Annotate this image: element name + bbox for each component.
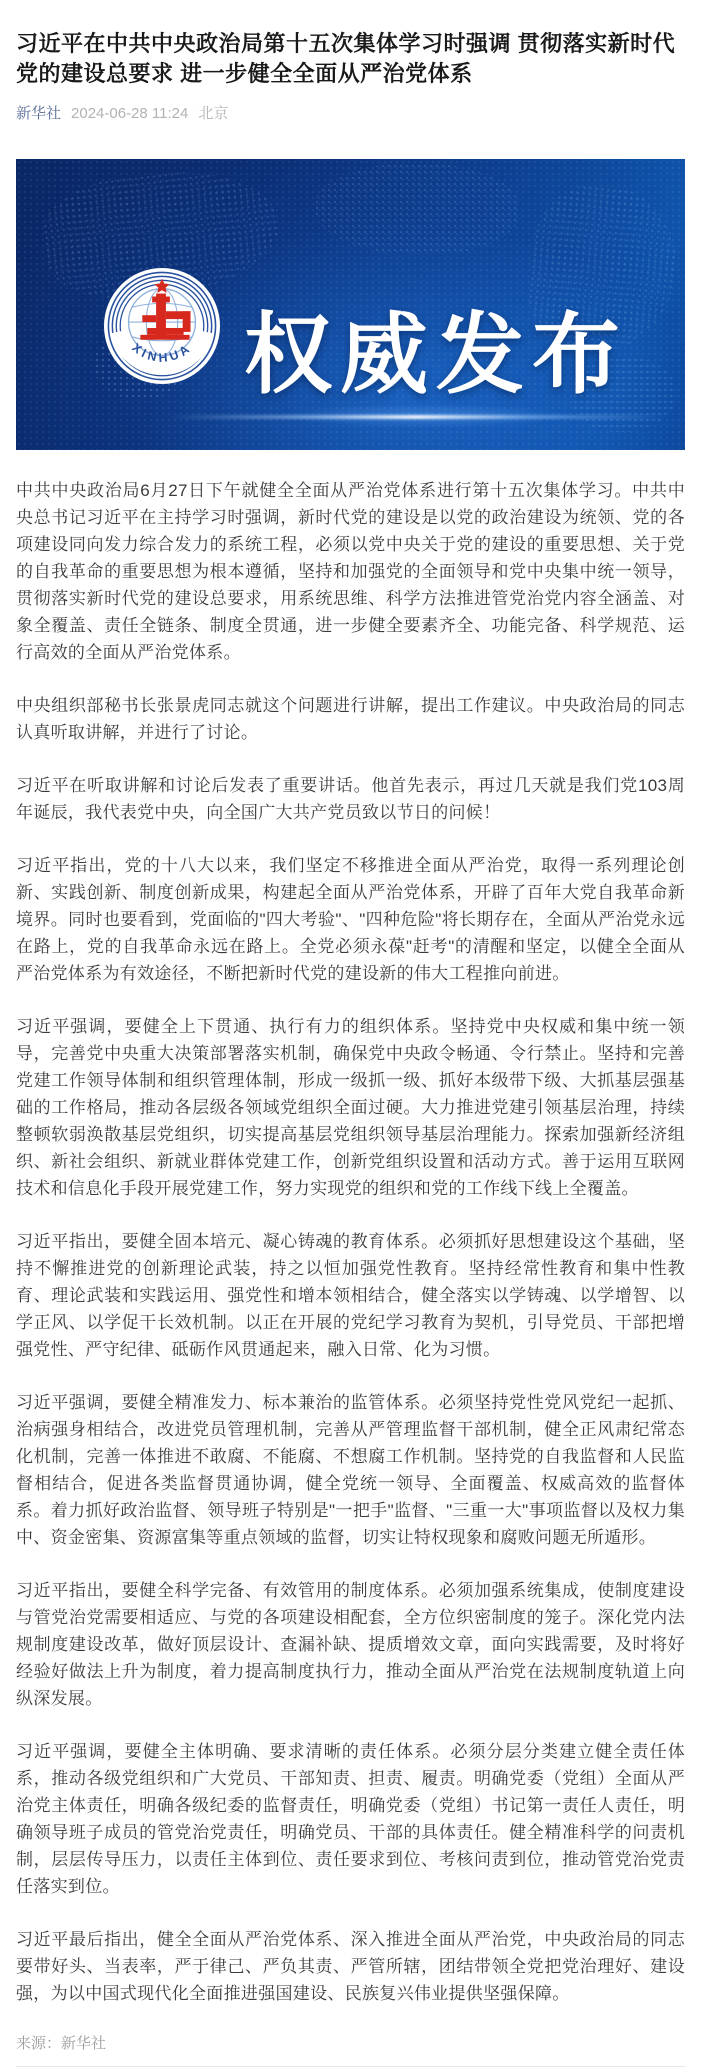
byline-location: 北京 (198, 105, 228, 123)
byline-source-link[interactable]: 新华社 (16, 105, 61, 123)
article-paragraph: 习近平强调，要健全主体明确、要求清晰的责任体系。必须分层分类建立健全责任体系，推… (16, 1738, 685, 1900)
article-body: 中共中央政治局6月27日下午就健全全面从严治党体系进行第十五次集体学习。中共中央… (16, 477, 685, 2007)
article-paragraph: 习近平强调，要健全精准发力、标本兼治的监管体系。必须坚持党性党风党纪一起抓、治病… (16, 1389, 685, 1551)
source-label: 来源：新华社 (16, 2033, 685, 2054)
article-paragraph: 习近平在听取讲解和讨论后发表了重要讲话。他首先表示，再过几天就是我们党103周年… (16, 772, 685, 826)
xinhua-logo-icon: XINHUA (103, 267, 221, 385)
banner-map-blob (314, 163, 519, 255)
article-paragraph: 习近平指出，党的十八大以来，我们坚定不移推进全面从严治党，取得一系列理论创新、实… (16, 852, 685, 987)
banner-headline: 权威发布 (244, 311, 674, 399)
banner-glow (216, 397, 636, 431)
byline-datetime: 2024-06-28 11:24 (71, 105, 188, 123)
article-paragraph: 习近平强调，要健全上下贯通、执行有力的组织体系。坚持党中央权威和集中统一领导，完… (16, 1013, 685, 1202)
banner-image[interactable]: XINHUA 权威发布 (16, 159, 685, 450)
article-paragraph: 习近平最后指出，健全全面从严治党体系、深入推进全面从严治党，中央政治局的同志要带… (16, 1926, 685, 2007)
article-paragraph: 中央组织部秘书长张景虎同志就这个问题进行讲解，提出工作建议。中央政治局的同志认真… (16, 692, 685, 746)
banner-light-streak (166, 415, 666, 419)
bottom-divider (16, 2066, 685, 2067)
article-page: 习近平在中共中央政治局第十五次集体学习时强调 贯彻落实新时代党的建设总要求 进一… (0, 15, 701, 2054)
article-paragraph: 习近平指出，要健全科学完备、有效管用的制度体系。必须加强系统集成，使制度建设与管… (16, 1577, 685, 1712)
article-paragraph: 中共中央政治局6月27日下午就健全全面从严治党体系进行第十五次集体学习。中共中央… (16, 477, 685, 666)
page-title: 习近平在中共中央政治局第十五次集体学习时强调 贯彻落实新时代党的建设总要求 进一… (16, 15, 685, 89)
article-paragraph: 习近平指出，要健全固本培元、凝心铸魂的教育体系。必须抓好思想建设这个基础，坚持不… (16, 1228, 685, 1363)
byline: 新华社 2024-06-28 11:24 北京 (16, 105, 685, 123)
